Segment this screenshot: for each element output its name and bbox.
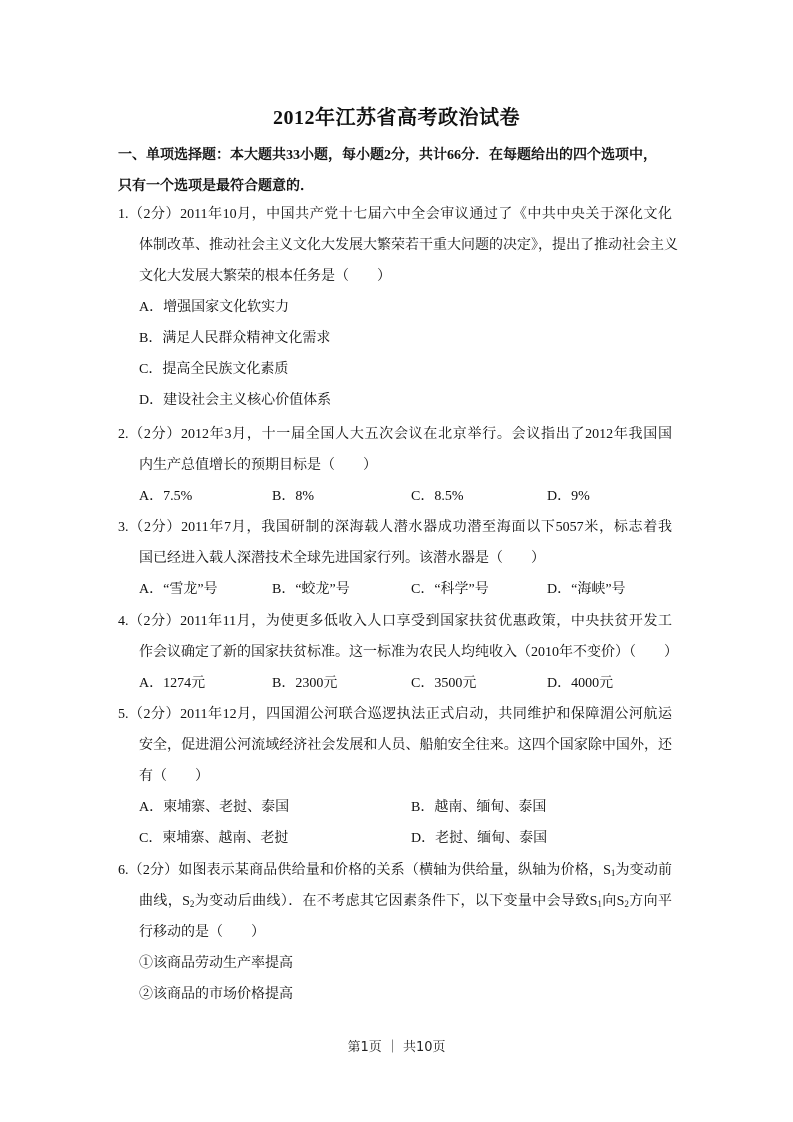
option-d: D．老挝、缅甸、泰国 bbox=[411, 829, 547, 849]
option-a: A．柬埔寨、老挝、泰国 bbox=[139, 798, 289, 818]
option-b: B．满足人民群众精神文化需求 bbox=[139, 329, 330, 349]
section-header-line2: 只有一个选项是最符合题意的． bbox=[118, 171, 678, 202]
text: 为变动后曲线）．在不考虑其它因素条件下，以下变量中会导致S bbox=[194, 894, 597, 909]
option-d: D．4000元 bbox=[547, 674, 613, 694]
statement-2: ②该商品的市场价格提高 bbox=[139, 985, 293, 1005]
question-text-line: 3.（2分）2011年7月，我国研制的深海载人潜水器成功潜至海面以下5057米，… bbox=[118, 518, 672, 538]
text: 曲线，S bbox=[139, 894, 190, 909]
option-a: A．7.5% bbox=[139, 487, 192, 507]
option-b: B．2300元 bbox=[272, 674, 337, 694]
question-text-line: 体制改革、推动社会主义文化大发展大繁荣若干重大问题的决定》，提出了推动社会主义 bbox=[139, 236, 672, 256]
question-text-line: 6.（2分）如图表示某商品供给量和价格的关系（横轴为供给量，纵轴为价格，S1为变… bbox=[118, 861, 672, 883]
question-text-line: 5.（2分）2011年12月，四国湄公河联合巡逻执法正式启动，共同维护和保障湄公… bbox=[118, 705, 672, 725]
question-text-line: 安全，促进湄公河流域经济社会发展和人员、船舶安全往来。这四个国家除中国外，还 bbox=[139, 736, 672, 756]
text: 方向平 bbox=[629, 894, 672, 909]
option-b: B．“蛟龙”号 bbox=[272, 580, 350, 600]
page-title: 2012年江苏省高考政治试卷 bbox=[0, 101, 793, 130]
option-a: A．“雪龙”号 bbox=[139, 580, 218, 600]
option-a: A．增强国家文化软实力 bbox=[139, 298, 289, 318]
exam-page: 2012年江苏省高考政治试卷 一、单项选择题：本大题共33小题，每小题2分，共计… bbox=[0, 0, 793, 1122]
page-footer: 第1页 ｜ 共10页 bbox=[0, 1036, 793, 1055]
text: 为变动前 bbox=[615, 863, 672, 878]
question-text-line: 1.（2分）2011年10月，中国共产党十七届六中全会审议通过了《中共中央关于深… bbox=[118, 205, 672, 225]
question-text-line: 2.（2分）2012年3月，十一届全国人大五次会议在北京举行。会议指出了2012… bbox=[118, 425, 672, 445]
option-c: C．“科学”号 bbox=[411, 580, 489, 600]
option-b: B．8% bbox=[272, 487, 314, 507]
question-text-line: 内生产总值增长的预期目标是（ ） bbox=[139, 456, 377, 476]
question-text-line: 有（ ） bbox=[139, 767, 209, 787]
option-d: D．“海峡”号 bbox=[547, 580, 626, 600]
section-header-line1: 一、单项选择题：本大题共33小题，每小题2分，共计66分．在每题给出的四个选项中… bbox=[118, 140, 678, 171]
option-c: C．8.5% bbox=[411, 487, 464, 507]
option-c: C．3500元 bbox=[411, 674, 476, 694]
question-text-line: 国已经进入载人深潜技术全球先进国家行列。该潜水器是（ ） bbox=[139, 549, 545, 569]
question-text-line: 4.（2分）2011年11月，为使更多低收入人口享受到国家扶贫优惠政策，中央扶贫… bbox=[118, 612, 672, 632]
question-text-line: 曲线，S2为变动后曲线）．在不考虑其它因素条件下，以下变量中会导致S1向S2方向… bbox=[139, 892, 672, 914]
option-d: D．建设社会主义核心价值体系 bbox=[139, 391, 331, 411]
section-header: 一、单项选择题：本大题共33小题，每小题2分，共计66分．在每题给出的四个选项中… bbox=[118, 140, 678, 202]
option-a: A．1274元 bbox=[139, 674, 205, 694]
statement-1: ①该商品劳动生产率提高 bbox=[139, 954, 293, 974]
option-c: C．柬埔寨、越南、老挝 bbox=[139, 829, 288, 849]
text: 6.（2分）如图表示某商品供给量和价格的关系（横轴为供给量，纵轴为价格，S bbox=[118, 863, 611, 878]
option-d: D．9% bbox=[547, 487, 590, 507]
option-b: B．越南、缅甸、泰国 bbox=[411, 798, 546, 818]
question-text-line: 作会议确定了新的国家扶贫标准。这一标准为农民人均纯收入（2010年不变价）（ ） bbox=[139, 643, 672, 663]
option-c: C．提高全民族文化素质 bbox=[139, 360, 288, 380]
question-text-line: 文化大发展大繁荣的根本任务是（ ） bbox=[139, 267, 391, 287]
text: 向S bbox=[602, 894, 625, 909]
question-text-line: 行移动的是（ ） bbox=[139, 923, 265, 943]
